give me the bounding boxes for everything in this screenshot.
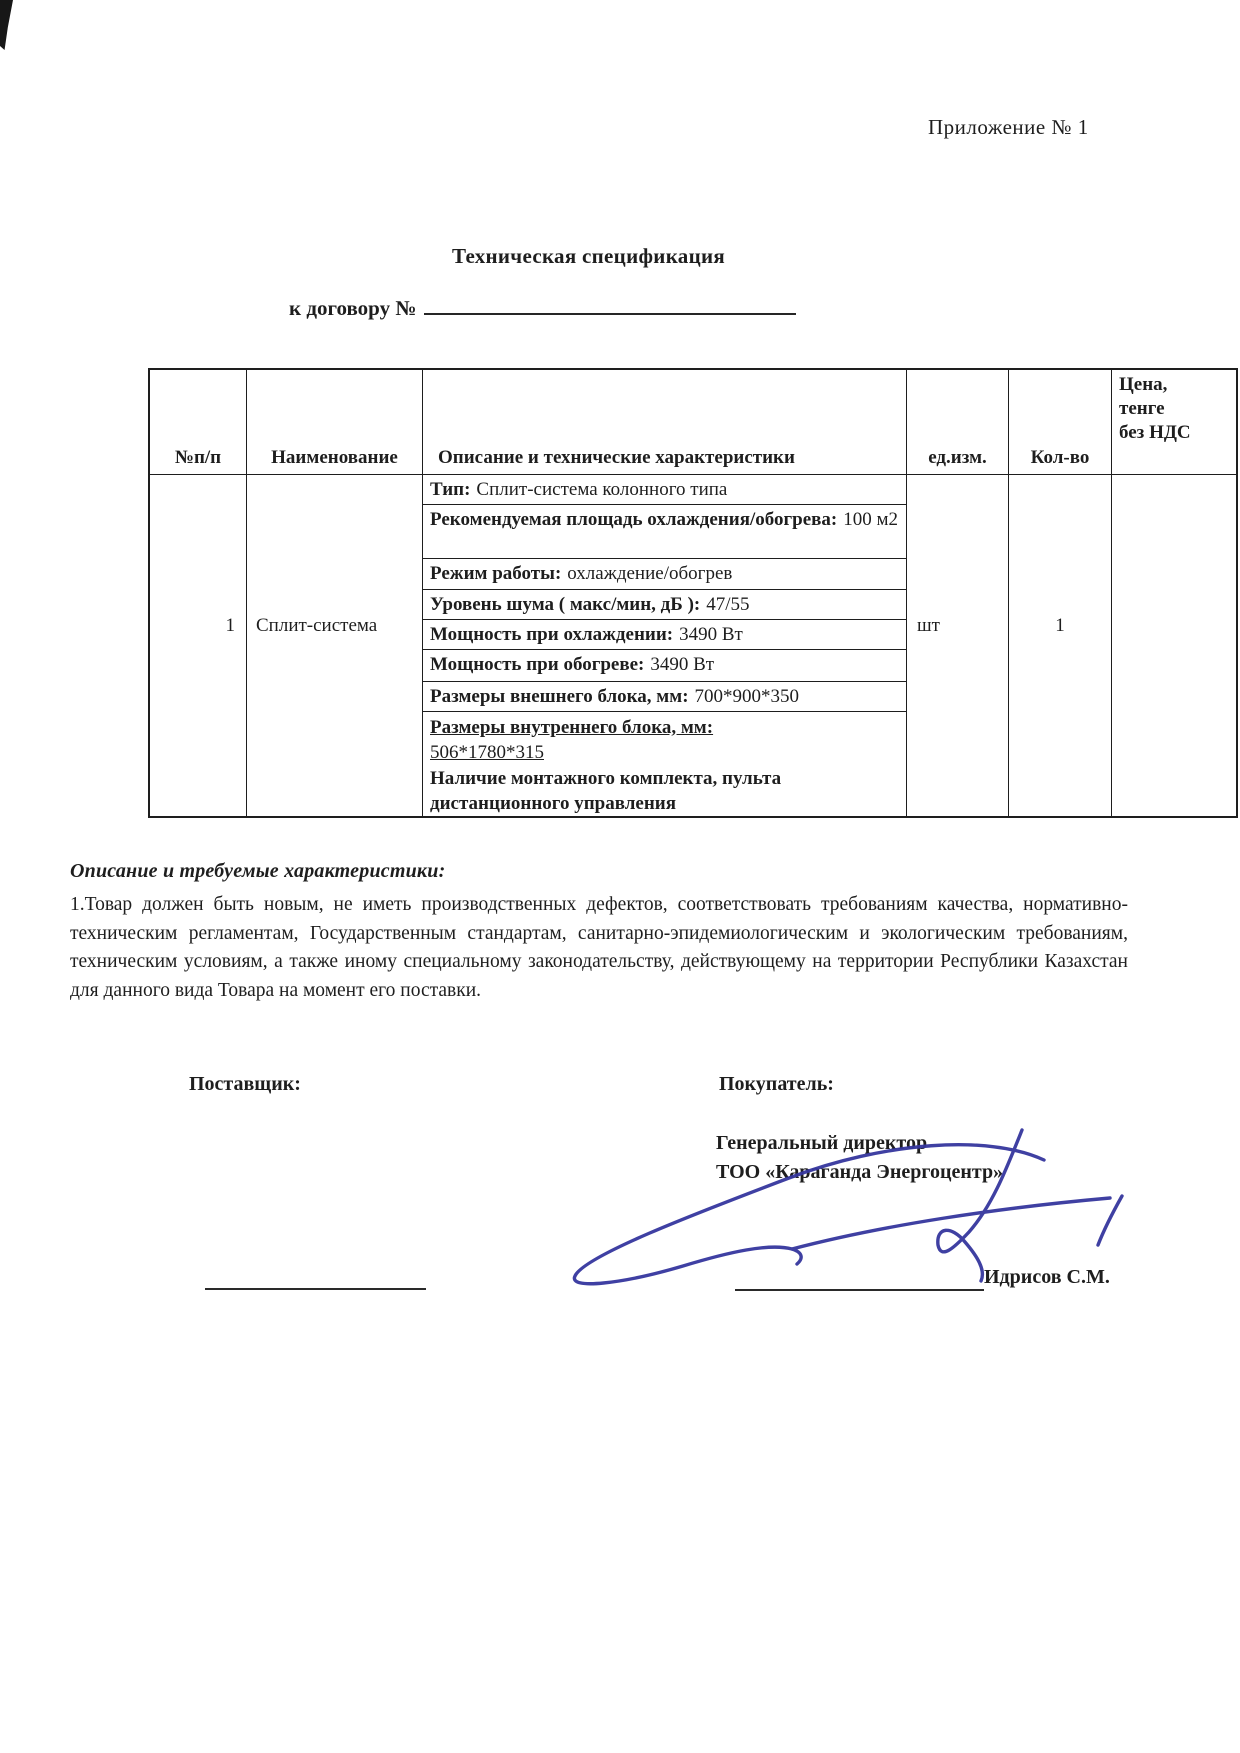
row-name-cell: Сплит-система — [247, 475, 423, 816]
spec-label: Размеры внутреннего блока, мм: — [430, 715, 898, 740]
spec-row-outdoor-size: Размеры внешнего блока, мм:700*900*350 — [423, 682, 906, 712]
spec-value: 700*900*350 — [695, 686, 800, 707]
spec-label: Тип: — [430, 479, 470, 500]
spec-row-area: Рекомендуемая площадь охлаждения/обогрев… — [423, 505, 906, 559]
row-description-cell: Тип:Сплит-система колонного типа Рекомен… — [423, 475, 907, 816]
spec-label: Размеры внешнего блока, мм: — [430, 686, 689, 707]
row-qty-cell: 1 — [1009, 475, 1112, 816]
spec-value: 3490 Вт — [679, 624, 743, 645]
spec-label: Мощность при охлаждении: — [430, 624, 673, 645]
supplier-signature-line — [205, 1268, 426, 1290]
col-header-name: Наименование — [247, 370, 423, 475]
contract-number-blank — [424, 293, 796, 315]
row-num-cell: 1 — [150, 475, 247, 816]
buyer-role-block: Генеральный директор ТОО «Караганда Энер… — [716, 1129, 1003, 1187]
spec-row-kit: Наличие монтажного комплекта, пульта дис… — [423, 765, 906, 816]
col-header-price-text: Цена, тенге без НДС — [1119, 373, 1193, 445]
spec-label: Режим работы: — [430, 563, 561, 584]
col-header-description: Описание и технические характеристики — [423, 370, 907, 475]
spec-table: №п/п Наименование Описание и технические… — [148, 368, 1238, 818]
col-header-qty: Кол-во — [1009, 370, 1112, 475]
description-paragraph: 1.Товар должен быть новым, не иметь прои… — [70, 891, 1128, 1005]
buyer-company: ТОО «Караганда Энергоцентр» — [716, 1158, 1003, 1187]
spec-value: 3490 Вт — [650, 654, 714, 675]
spec-label: Наличие монтажного комплекта, пульта дис… — [430, 768, 781, 814]
spec-value: 47/55 — [706, 594, 749, 615]
spec-label: Мощность при обогреве: — [430, 654, 644, 675]
col-header-num: №п/п — [150, 370, 247, 475]
appendix-label: Приложение № 1 — [928, 115, 1089, 140]
contract-prefix: к договору № — [289, 296, 416, 320]
spec-value: Сплит-система колонного типа — [476, 479, 727, 500]
page-title: Техническая спецификация — [452, 244, 725, 269]
col-header-price: Цена, тенге без НДС — [1112, 370, 1236, 475]
spec-label: Рекомендуемая площадь охлаждения/обогрев… — [430, 509, 837, 530]
contract-number-line: к договору № — [289, 293, 796, 321]
row-price-cell — [1112, 475, 1236, 816]
buyer-role: Генеральный директор — [716, 1129, 1003, 1158]
buyer-name: Идрисов С.М. — [984, 1266, 1110, 1291]
spec-row-noise: Уровень шума ( макс/мин, дБ ):47/55 — [423, 590, 906, 620]
spec-value: 506*1780*315 — [430, 740, 544, 765]
buyer-label: Покупатель: — [719, 1073, 834, 1096]
spec-row-cooling-power: Мощность при охлаждении:3490 Вт — [423, 620, 906, 650]
supplier-label: Поставщик: — [189, 1073, 301, 1096]
spec-label: Уровень шума ( макс/мин, дБ ): — [430, 594, 700, 615]
spec-value: охлаждение/обогрев — [567, 563, 732, 584]
spec-row-indoor-size: Размеры внутреннего блока, мм:506*1780*3… — [423, 712, 906, 765]
spec-row-mode: Режим работы:охлаждение/обогрев — [423, 559, 906, 590]
spec-row-type: Тип:Сплит-система колонного типа — [423, 475, 906, 505]
spec-value: 100 м2 — [843, 509, 898, 530]
spec-row-heating-power: Мощность при обогреве:3490 Вт — [423, 650, 906, 682]
buyer-signature-row: Идрисов С.М. — [735, 1266, 1110, 1291]
buyer-signature-line — [735, 1267, 984, 1291]
scan-corner-artifact — [0, 0, 13, 50]
col-header-unit: ед.изм. — [907, 370, 1009, 475]
row-unit-cell: шт — [907, 475, 1009, 816]
description-heading: Описание и требуемые характеристики: — [70, 860, 445, 883]
